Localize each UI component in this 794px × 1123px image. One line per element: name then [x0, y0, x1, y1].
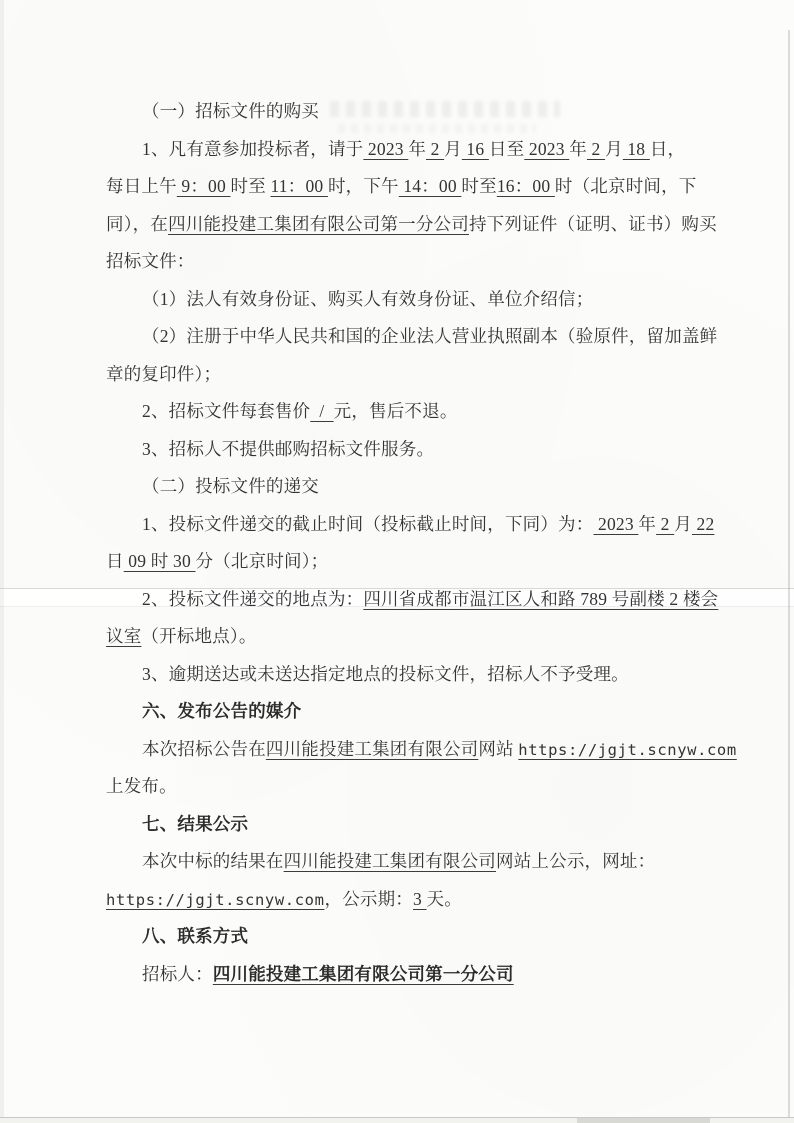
- heading-contact: 八、联系方式: [106, 918, 696, 956]
- text-run: （一）招标文件的购买: [142, 101, 319, 121]
- text-run: 持下列证件（证明、证书）购买: [469, 214, 717, 234]
- text-run: 2023: [593, 514, 638, 534]
- line-purchase-end: 招标文件：: [106, 243, 696, 281]
- text-run: 2: [426, 139, 444, 159]
- text-run: 时，下午: [328, 176, 399, 196]
- text-run: 网站上公示，网址：: [496, 851, 655, 871]
- text-run: 3、逾期送达或未送达指定地点的投标文件，招标人不予受理。: [142, 664, 629, 684]
- text-run: 年: [408, 139, 426, 159]
- text-run: 11：00: [271, 176, 328, 196]
- text-run: 议室: [106, 626, 141, 646]
- document-lines: （一）招标文件的购买1、凡有意参加投标者，请于 2023 年 2 月 16 日至…: [106, 93, 696, 993]
- text-run: 09 时 30: [124, 551, 196, 571]
- text-run: 元，售后不退。: [334, 401, 458, 421]
- text-run: 上发布。: [106, 776, 177, 796]
- line-result-website-2: https://jgjt.scnyw.com，公示期：3 天。: [106, 881, 696, 919]
- heading-purchase-of-bid-docs: （一）招标文件的购买: [106, 93, 696, 131]
- text-run: 四川能投建工集团有限公司: [284, 851, 496, 871]
- text-run: 16：00: [497, 176, 555, 196]
- text-run: 四川省成都市温江区人和路 789 号副楼 2 楼会: [363, 589, 718, 609]
- text-run: （二）投标文件的递交: [142, 476, 319, 496]
- text-run: 时至: [461, 176, 496, 196]
- text-run: 18: [623, 139, 650, 159]
- text-run: 八、联系方式: [142, 926, 248, 946]
- text-run: 七、结果公示: [142, 814, 248, 834]
- text-run: 年: [638, 514, 656, 534]
- text-run: /: [310, 401, 333, 421]
- line-submit-address-1: 2、投标文件递交的地点为：四川省成都市温江区人和路 789 号副楼 2 楼会: [106, 581, 696, 619]
- text-run: 本次招标公告在: [142, 739, 266, 759]
- text-run: 年: [569, 139, 587, 159]
- line-deadline-2: 日 09 时 30 分（北京时间）；: [106, 543, 696, 581]
- heading-announcement-media: 六、发布公告的媒介: [106, 693, 696, 731]
- text-run: 日，: [650, 139, 685, 159]
- line-purchase-period-2: 每日上午 9：00 时至 11：00 时，下午 14：00 时至16：00 时（…: [106, 168, 696, 206]
- line-submit-address-2: 议室（开标地点）。: [106, 618, 696, 656]
- text-run: 六、发布公告的媒介: [142, 701, 301, 721]
- text-run: 网站: [478, 739, 518, 759]
- scan-bottom-patch-artifact: [577, 1118, 710, 1123]
- text-run: 3: [413, 889, 427, 909]
- line-late-delivery: 3、逾期送达或未送达指定地点的投标文件，招标人不予受理。: [106, 656, 696, 694]
- text-run: 2: [587, 139, 605, 159]
- text-run: 日: [106, 551, 124, 571]
- line-deadline-1: 1、投标文件递交的截止时间（投标截止时间，下同）为： 2023 年 2 月 22: [106, 506, 696, 544]
- text-run: 时至: [231, 176, 271, 196]
- line-announcement-website-1: 本次招标公告在四川能投建工集团有限公司网站 https://jgjt.scnyw…: [106, 731, 696, 769]
- text-run: 章的复印件）；: [106, 364, 221, 384]
- text-run: 2、投标文件递交的地点为：: [142, 589, 363, 609]
- text-run: 招标人：: [142, 964, 213, 984]
- text-run: 1、投标文件递交的截止时间（投标截止时间，下同）为：: [142, 514, 593, 534]
- line-tenderer-name: 招标人：四川能投建工集团有限公司第一分公司: [106, 956, 696, 994]
- text-run: 招标文件：: [106, 251, 195, 271]
- line-cert-1: （1）法人有效身份证、购买人有效身份证、单位介绍信；: [106, 281, 696, 319]
- line-result-website-1: 本次中标的结果在四川能投建工集团有限公司网站上公示，网址：: [106, 843, 696, 881]
- document-page: （一）招标文件的购买1、凡有意参加投标者，请于 2023 年 2 月 16 日至…: [0, 0, 794, 1123]
- text-run: 2023: [524, 139, 569, 159]
- text-run: 分（北京时间）；: [196, 551, 329, 571]
- text-run: 2023: [363, 139, 408, 159]
- heading-submission-of-bids: （二）投标文件的递交: [106, 468, 696, 506]
- line-cert-2a: （2）注册于中华人民共和国的企业法人营业执照副本（验原件，留加盖鲜: [106, 318, 696, 356]
- text-run: （2）注册于中华人民共和国的企业法人营业执照副本（验原件，留加盖鲜: [142, 326, 717, 346]
- text-run: 四川能投建工集团有限公司: [266, 739, 478, 759]
- text-run: 月: [444, 139, 462, 159]
- text-run: 1、凡有意参加投标者，请于: [142, 139, 363, 159]
- page-right-edge: [788, 30, 790, 1120]
- line-cert-2b: 章的复印件）；: [106, 356, 696, 394]
- text-run: 14：00: [399, 176, 462, 196]
- text-run: 月: [674, 514, 692, 534]
- text-run: （开标地点）。: [141, 626, 256, 646]
- line-purchase-location: 同），在四川能投建工集团有限公司第一分公司持下列证件（证明、证书）购买: [106, 206, 696, 244]
- heading-result-publicity: 七、结果公示: [106, 806, 696, 844]
- text-run: 9：00: [177, 176, 231, 196]
- text-run: 16: [462, 139, 489, 159]
- text-run: 天。: [427, 889, 462, 909]
- line-purchase-period-1: 1、凡有意参加投标者，请于 2023 年 2 月 16 日至 2023 年 2 …: [106, 131, 696, 169]
- text-run: 四川能投建工集团有限公司第一分公司: [213, 964, 514, 984]
- text-run: 3、招标人不提供邮购招标文件服务。: [142, 439, 434, 459]
- line-no-mail-order: 3、招标人不提供邮购招标文件服务。: [106, 431, 696, 469]
- text-run: 日至: [489, 139, 524, 159]
- text-run: 2: [656, 514, 674, 534]
- line-announcement-website-2: 上发布。: [106, 768, 696, 806]
- text-run: 22: [692, 514, 714, 534]
- text-run: 四川能投建工集团有限公司第一分公司: [168, 214, 469, 234]
- text-run: 本次中标的结果在: [142, 851, 284, 871]
- text-run: 每日上午: [106, 176, 177, 196]
- text-run: 2、招标文件每套售价: [142, 401, 310, 421]
- text-run: （1）法人有效身份证、购买人有效身份证、单位介绍信；: [142, 289, 593, 309]
- text-run: https://jgjt.scnyw.com: [518, 741, 737, 759]
- text-run: ，公示期：: [325, 889, 414, 909]
- text-run: 同），在: [106, 214, 168, 234]
- text-run: https://jgjt.scnyw.com: [106, 891, 325, 909]
- text-run: 月: [605, 139, 623, 159]
- line-doc-price: 2、招标文件每套售价 / 元，售后不退。: [106, 393, 696, 431]
- page-left-edge: [0, 0, 4, 1123]
- text-run: 时（北京时间，下: [555, 176, 697, 196]
